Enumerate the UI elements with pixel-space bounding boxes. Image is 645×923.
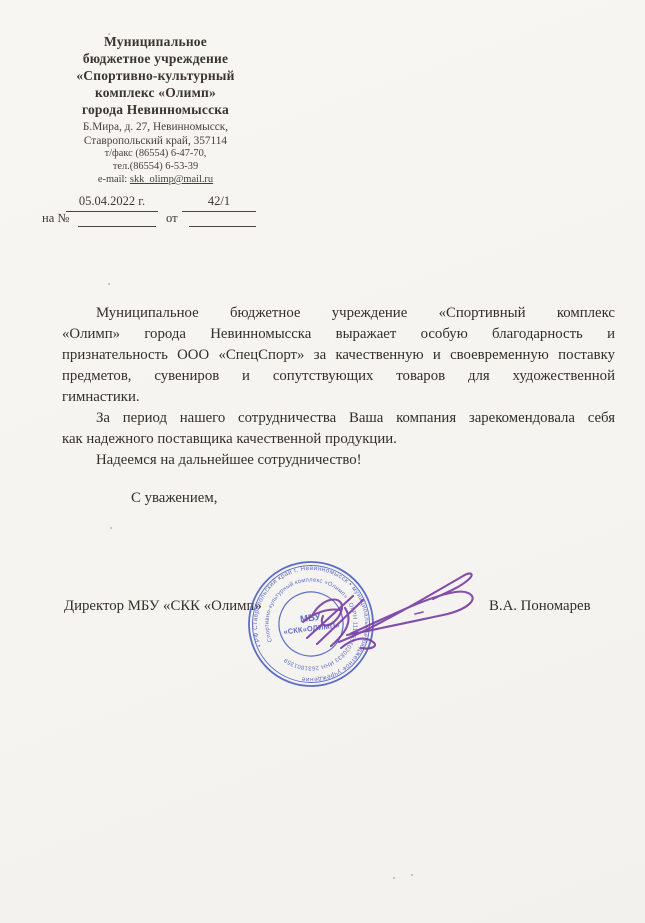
contact-line: т/факс (86554) 6-47-70,: [53, 148, 258, 161]
reply-date-blank: [189, 211, 256, 227]
body-line: признательность ООО «СпецСпорт» за качес…: [62, 345, 615, 366]
body-line: Муниципальное бюджетное учреждение «Спор…: [62, 303, 615, 324]
body-line: За период нашего сотрудничества Ваша ком…: [62, 408, 615, 429]
signer-position: Директор МБУ «СКК «Олимп»: [64, 598, 262, 615]
scan-speck: [108, 283, 110, 285]
email-address: skk_olimp@mail.ru: [130, 174, 213, 185]
letterhead-org-name: Муниципальное бюджетное учреждение «Спор…: [53, 33, 258, 118]
scan-speck: [110, 527, 112, 529]
scan-speck: [411, 874, 413, 876]
body-line: гимнастики.: [62, 387, 615, 408]
body-line: как надежного поставщика качественной пр…: [62, 429, 615, 450]
email-label: e-mail:: [98, 174, 130, 185]
body-line: предметов, сувениров и сопутствующих тов…: [62, 366, 615, 387]
address-line: Б.Мира, д. 27, Невинномысск,: [53, 121, 258, 135]
org-line: комплекс «Олимп»: [53, 84, 258, 101]
reply-to-label: на №: [42, 211, 69, 226]
letterhead-address: Б.Мира, д. 27, Невинномысск, Ставропольс…: [53, 121, 258, 186]
closing-salutation: С уважением,: [131, 490, 217, 507]
letter-number: 42/1: [182, 194, 256, 212]
scan-speck: [393, 877, 395, 879]
body-line: «Олимп» города Невинномысска выражает ос…: [62, 324, 615, 345]
address-line: Ставропольский край, 357114: [53, 135, 258, 149]
scanned-letter-page: Муниципальное бюджетное учреждение «Спор…: [0, 0, 645, 923]
letter-body: Муниципальное бюджетное учреждение «Спор…: [62, 303, 615, 471]
scan-speck: [108, 33, 110, 35]
org-line: города Невинномысска: [53, 101, 258, 118]
contact-line: тел.(86554) 6-53-39: [53, 161, 258, 174]
reply-number-blank: [78, 211, 156, 227]
handwritten-signature: [295, 552, 485, 657]
org-line: Муниципальное: [53, 33, 258, 50]
org-line: бюджетное учреждение: [53, 50, 258, 67]
letter-date: 05.04.2022 г.: [66, 194, 158, 212]
reply-from-label: от: [166, 211, 178, 226]
body-line: Надеемся на дальнейшее сотрудничество!: [62, 450, 615, 471]
org-line: «Спортивно-культурный: [53, 67, 258, 84]
signer-name: В.А. Пономарев: [489, 598, 591, 615]
email-line: e-mail: skk_olimp@mail.ru: [53, 173, 258, 186]
